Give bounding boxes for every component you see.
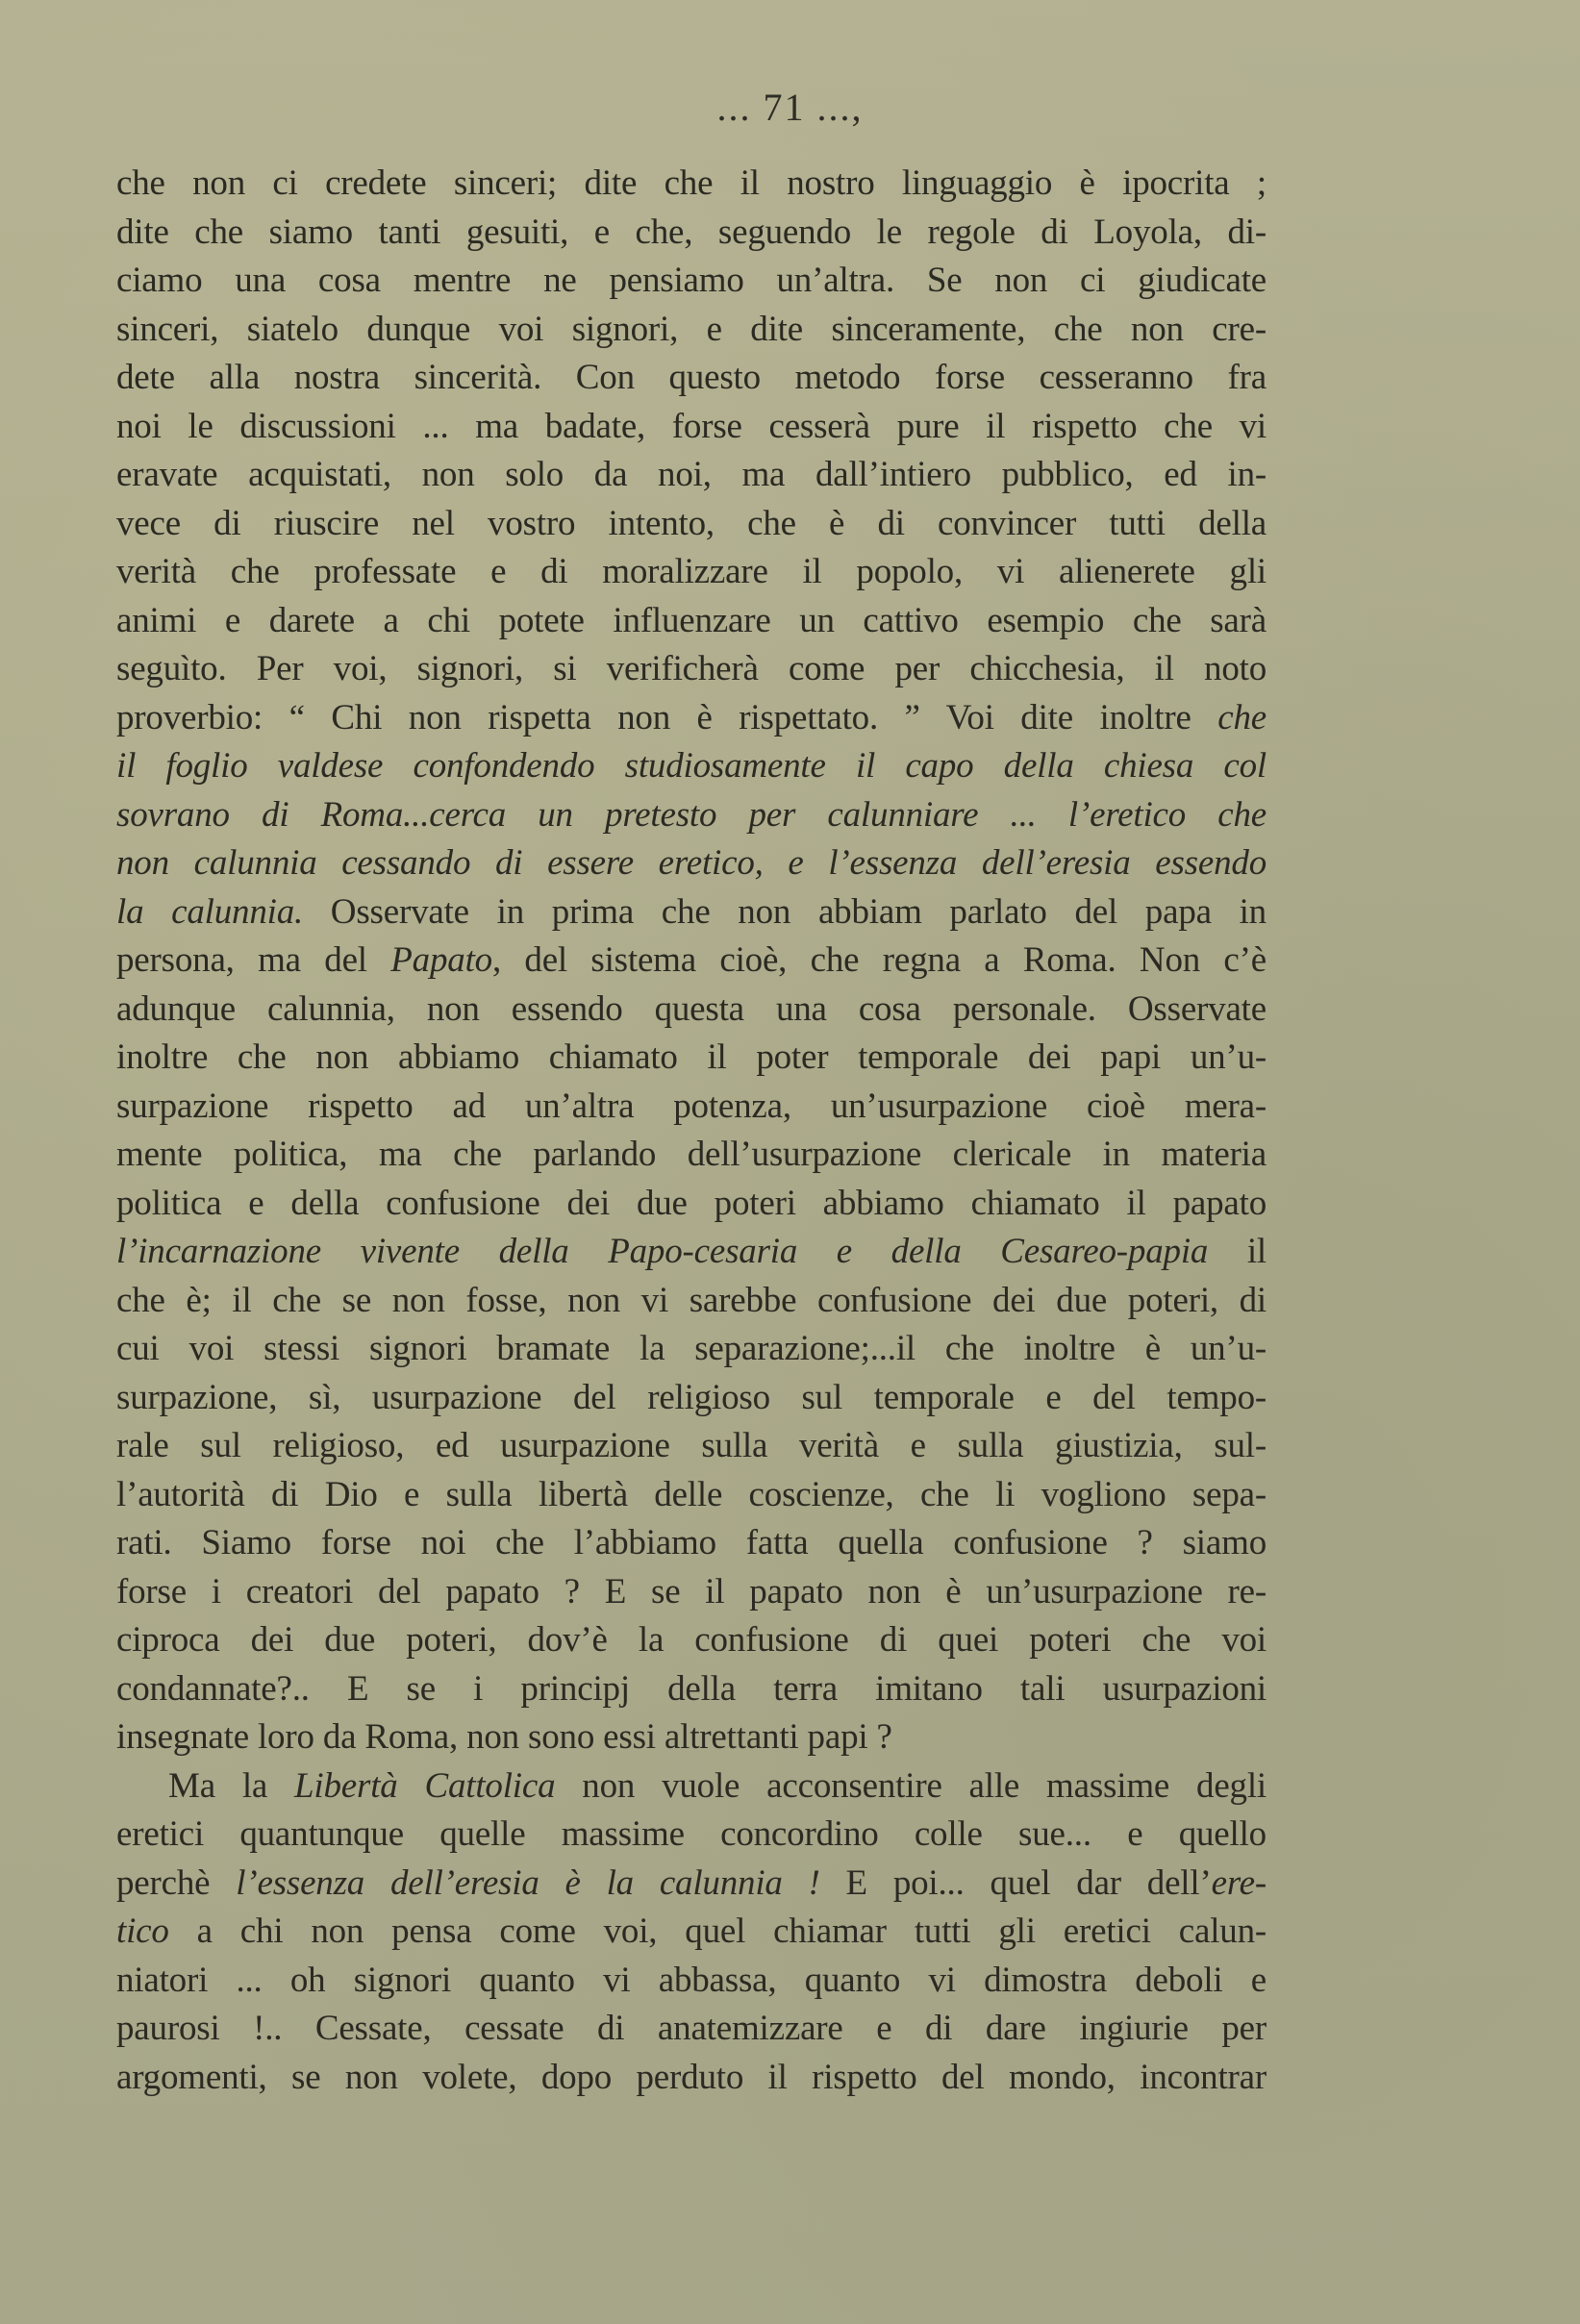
italic-text-segment: il foglio valdese confondendo studiosame… (116, 746, 1267, 786)
text-line: rati. Siamo forse noi che l’abbiamo fatt… (116, 1519, 1267, 1568)
text-segment: argomenti, se non volete, dopo perduto i… (116, 2058, 1267, 2097)
text-line: ciamo una cosa mentre ne pensiamo un’alt… (116, 257, 1267, 306)
text-segment: noi le discussioni ... ma badate, forse … (116, 407, 1267, 446)
text-segment: ciproca dei due poteri, dov’è la confusi… (116, 1620, 1267, 1660)
text-line: dete alla nostra sincerità. Con questo m… (116, 354, 1267, 403)
text-segment: seguìto. Per voi, signori, si verificher… (116, 649, 1267, 688)
text-segment: Ma la (168, 1766, 294, 1806)
text-line: l’autorità di Dio e sulla libertà delle … (116, 1471, 1267, 1520)
text-line: non calunnia cessando di essere eretico,… (116, 839, 1267, 888)
text-line: dite che siamo tanti gesuiti, e che, seg… (116, 209, 1267, 258)
text-segment: persona, ma del (116, 940, 390, 980)
text-line: ciproca dei due poteri, dov’è la confusi… (116, 1616, 1267, 1665)
text-segment: niatori ... oh signori quanto vi abbassa… (116, 1961, 1267, 2000)
text-segment: che è; il che se non fosse, non vi sareb… (116, 1281, 1267, 1320)
text-segment: a chi non pensa come voi, quel chiamar t… (169, 1912, 1267, 1951)
text-segment: proverbio: “ Chi non rispetta non è risp… (116, 698, 1217, 737)
text-line: perchè l’essenza dell’eresia è la calunn… (116, 1860, 1267, 1909)
text-line: cui voi stessi signori bramate la separa… (116, 1325, 1267, 1374)
text-line: forse i creatori del papato ? E se il pa… (116, 1568, 1267, 1617)
text-segment: l’autorità di Dio e sulla libertà delle … (116, 1475, 1267, 1514)
text-segment: politica e della confusione dei due pote… (116, 1184, 1267, 1223)
text-segment: non vuole acconsentire alle massime degl… (555, 1766, 1267, 1806)
text-segment: Osservate in prima che non abbiam parlat… (303, 892, 1267, 932)
text-line: rale sul religioso, ed usurpazione sulla… (116, 1422, 1267, 1471)
text-segment: adunque calunnia, non essendo questa una… (116, 989, 1267, 1029)
body-text: che non ci credete sinceri; dite che il … (116, 160, 1267, 2102)
text-segment: ciamo una cosa mentre ne pensiamo un’alt… (116, 261, 1267, 300)
italic-text-segment: ere- (1212, 1863, 1267, 1903)
text-segment: E poi... quel dar dell’ (820, 1863, 1212, 1903)
text-segment: surpazione rispetto ad un’altra potenza,… (116, 1087, 1267, 1126)
text-line: il foglio valdese confondendo studiosame… (116, 742, 1267, 791)
text-segment: vece di riuscire nel vostro intento, che… (116, 504, 1267, 543)
text-line: noi le discussioni ... ma badate, forse … (116, 403, 1267, 452)
text-segment: insegnate loro da Roma, non sono essi al… (116, 1717, 892, 1757)
text-line: eravate acquistati, non solo da noi, ma … (116, 451, 1267, 500)
text-segment: cui voi stessi signori bramate la separa… (116, 1329, 1267, 1368)
text-segment: il (1208, 1232, 1267, 1271)
text-segment: eretici quantunque quelle massime concor… (116, 1814, 1267, 1854)
text-segment: che non ci credete sinceri; dite che il … (116, 163, 1267, 203)
text-line: mente politica, ma che parlando dell’usu… (116, 1131, 1267, 1180)
text-line: politica e della confusione dei due pote… (116, 1180, 1267, 1229)
text-line: niatori ... oh signori quanto vi abbassa… (116, 1957, 1267, 2006)
text-segment: eravate acquistati, non solo da noi, ma … (116, 455, 1267, 494)
book-page: ... 71 ..., che non ci credete sinceri; … (0, 0, 1580, 2324)
text-line: Ma la Libertà Cattolica non vuole accons… (116, 1762, 1267, 1812)
text-line: tico a chi non pensa come voi, quel chia… (116, 1908, 1267, 1957)
italic-text-segment: la calunnia. (116, 892, 303, 932)
text-line: insegnate loro da Roma, non sono essi al… (116, 1713, 1267, 1762)
italic-text-segment: che (1217, 698, 1267, 737)
text-line: surpazione rispetto ad un’altra potenza,… (116, 1083, 1267, 1132)
text-line: che è; il che se non fosse, non vi sareb… (116, 1277, 1267, 1326)
text-line: sinceri, siatelo dunque voi signori, e d… (116, 306, 1267, 355)
text-segment: dete alla nostra sincerità. Con questo m… (116, 358, 1267, 397)
italic-text-segment: Papato (390, 940, 492, 980)
page-number: ... 71 ..., (0, 85, 1580, 130)
text-segment: paurosi !.. Cessate, cessate di anatemiz… (116, 2009, 1267, 2048)
text-segment: animi e darete a chi potete influenzare … (116, 601, 1267, 640)
text-segment: surpazione, sì, usurpazione del religios… (116, 1378, 1267, 1417)
text-line: argomenti, se non volete, dopo perduto i… (116, 2054, 1267, 2103)
text-line: verità che professate e di moralizzare i… (116, 548, 1267, 597)
text-segment: condannate?.. E se i principj della terr… (116, 1669, 1267, 1709)
text-segment: mente politica, ma che parlando dell’usu… (116, 1135, 1267, 1174)
text-line: eretici quantunque quelle massime concor… (116, 1811, 1267, 1860)
text-line: paurosi !.. Cessate, cessate di anatemiz… (116, 2005, 1267, 2054)
text-segment: forse i creatori del papato ? E se il pa… (116, 1572, 1267, 1612)
text-line: animi e darete a chi potete influenzare … (116, 597, 1267, 646)
text-line: persona, ma del Papato, del sistema cioè… (116, 937, 1267, 986)
text-segment: inoltre che non abbiamo chiamato il pote… (116, 1037, 1267, 1077)
italic-text-segment: non calunnia cessando di essere eretico,… (116, 843, 1267, 883)
text-segment: rale sul religioso, ed usurpazione sulla… (116, 1426, 1267, 1465)
text-line: la calunnia. Osservate in prima che non … (116, 888, 1267, 937)
italic-text-segment: sovrano di Roma...cerca un pretesto per … (116, 795, 1267, 835)
text-line: inoltre che non abbiamo chiamato il pote… (116, 1034, 1267, 1083)
text-segment: sinceri, siatelo dunque voi signori, e d… (116, 310, 1267, 349)
italic-text-segment: l’incarnazione vivente della Papo-cesari… (116, 1232, 1208, 1271)
text-segment: rati. Siamo forse noi che l’abbiamo fatt… (116, 1523, 1267, 1562)
italic-text-segment: Libertà Cattolica (294, 1766, 555, 1806)
italic-text-segment: l’essenza dell’eresia è la calunnia ! (236, 1863, 819, 1903)
text-segment: , del sistema cioè, che regna a Roma. No… (492, 940, 1267, 980)
text-segment: perchè (116, 1863, 236, 1903)
text-line: vece di riuscire nel vostro intento, che… (116, 500, 1267, 549)
text-line: surpazione, sì, usurpazione del religios… (116, 1374, 1267, 1423)
text-segment: dite che siamo tanti gesuiti, e che, seg… (116, 212, 1267, 252)
text-line: condannate?.. E se i principj della terr… (116, 1665, 1267, 1714)
text-line: l’incarnazione vivente della Papo-cesari… (116, 1228, 1267, 1277)
text-line: sovrano di Roma...cerca un pretesto per … (116, 791, 1267, 840)
italic-text-segment: tico (116, 1912, 169, 1951)
text-line: seguìto. Per voi, signori, si verificher… (116, 645, 1267, 694)
text-line: adunque calunnia, non essendo questa una… (116, 986, 1267, 1035)
text-segment: verità che professate e di moralizzare i… (116, 552, 1267, 591)
text-line: che non ci credete sinceri; dite che il … (116, 160, 1267, 209)
text-line: proverbio: “ Chi non rispetta non è risp… (116, 694, 1267, 743)
